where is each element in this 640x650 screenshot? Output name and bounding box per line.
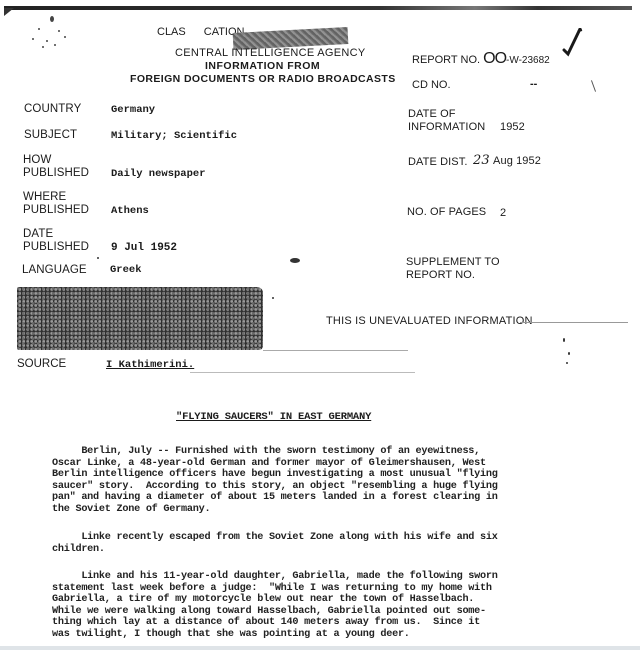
article-paragraph-1: Berlin, July -- Furnished with the sworn…: [52, 446, 512, 516]
date-distributed-value: 23 Aug 1952: [473, 154, 541, 168]
number-of-pages-value: 2: [500, 207, 506, 220]
date-of-information-value: 1952: [500, 121, 525, 134]
scan-dot: [566, 362, 568, 364]
scan-dot: [563, 338, 565, 342]
supplement-label: SUPPLEMENT TOREPORT NO.: [406, 256, 500, 282]
language-value: Greek: [110, 264, 142, 276]
article-paragraph-2: Linke recently escaped from the Soviet Z…: [52, 532, 512, 555]
how-published-label: HOWPUBLISHED: [23, 154, 89, 180]
where-published-label: WHEREPUBLISHED: [23, 191, 89, 217]
scan-dot: [568, 352, 570, 355]
date-published-label: DATEPUBLISHED: [23, 228, 89, 254]
scan-top-border: [4, 6, 632, 10]
stamp-speckle: [28, 14, 78, 54]
country-label: COUNTRY: [24, 103, 81, 116]
handwritten-check-icon: [560, 28, 584, 62]
redaction-block: [17, 287, 263, 350]
where-published-value: Athens: [111, 205, 149, 217]
country-value: Germany: [111, 104, 155, 116]
article-paragraph-3: Linke and his 11-year-old daughter, Gabr…: [52, 571, 512, 641]
scan-mark: [591, 80, 596, 92]
agency-name: CENTRAL INTELLIGENCE AGENCY: [175, 47, 365, 59]
subject-value: Military; Scientific: [111, 130, 237, 142]
date-distributed-label: DATE DIST.: [408, 156, 467, 169]
how-published-value: Daily newspaper: [111, 168, 206, 180]
document-page: CLASCATION CENTRAL INTELLIGENCE AGENCY I…: [0, 0, 640, 650]
date-published-value: 9 Jul 1952: [111, 242, 177, 254]
rule-line: [520, 322, 628, 323]
scan-blot: [290, 258, 300, 263]
scan-corner-mark: [4, 8, 14, 16]
article-title: "FLYING SAUCERS" IN EAST GERMANY: [176, 411, 371, 423]
number-of-pages-label: NO. OF PAGES: [407, 206, 486, 219]
rule-line: [190, 372, 415, 373]
report-number: REPORT NO. OO-W-23682: [412, 50, 550, 68]
scan-dot: [97, 257, 99, 259]
info-from-label: INFORMATION FROM: [205, 60, 320, 72]
scan-bottom-edge: [0, 646, 640, 650]
date-of-information-label: DATE OFINFORMATION: [408, 108, 485, 134]
classification-label: CLASCATION: [157, 26, 245, 38]
source-label: SOURCE: [17, 358, 66, 370]
subject-label: SUBJECT: [24, 129, 77, 142]
scan-dot: [272, 297, 274, 299]
cd-number-value: --: [530, 78, 537, 90]
language-label: LANGUAGE: [22, 264, 87, 277]
unevaluated-notice: THIS IS UNEVALUATED INFORMATION: [326, 315, 533, 327]
cd-number-label: CD NO.: [412, 79, 451, 91]
rule-line: [263, 350, 408, 351]
source-value: I Kathimerini.: [106, 359, 194, 371]
source-type-label: FOREIGN DOCUMENTS OR RADIO BROADCASTS: [130, 73, 396, 85]
